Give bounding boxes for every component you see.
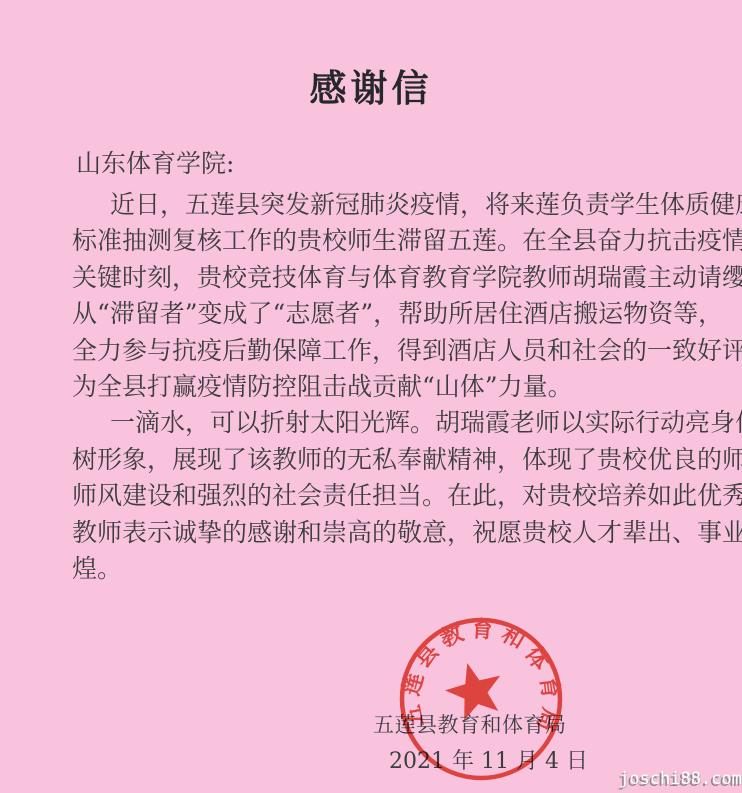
body-line: 近日，五莲县突发新冠肺炎疫情，将来莲负责学生体质健康 bbox=[72, 187, 678, 223]
body-line: 标准抽测复核工作的贵校师生滞留五莲。在全县奋力抗击疫情的 bbox=[72, 223, 678, 259]
letter-title: 感谢信 bbox=[0, 58, 742, 112]
body-line: 树形象，展现了该教师的无私奉献精神，体现了贵校优良的师德 bbox=[72, 442, 678, 478]
body-line: 从“滞留者”变成了“志愿者”，帮助所居住酒店搬运物资等， bbox=[72, 296, 678, 332]
body-line: 煌。 bbox=[72, 551, 678, 587]
body-line: 为全县打赢疫情防控阻击战贡献“山体”力量。 bbox=[72, 369, 678, 405]
signature-date: 2021 年 11 月 4 日 bbox=[389, 744, 588, 775]
letter-page: 感谢信 山东体育学院: 近日，五莲县突发新冠肺炎疫情，将来莲负责学生体质健康 标… bbox=[0, 0, 742, 793]
body-line: 一滴水，可以折射太阳光辉。胡瑞霞老师以实际行动亮身份、 bbox=[72, 405, 678, 441]
body-line: 师风建设和强烈的社会责任担当。在此，对贵校培养如此优秀的 bbox=[72, 478, 678, 514]
watermark: joschi88.com bbox=[619, 769, 742, 789]
salutation: 山东体育学院: bbox=[76, 146, 234, 182]
body-line: 关键时刻，贵校竞技体育与体育教育学院教师胡瑞霞主动请缨， bbox=[72, 260, 678, 296]
signature-org: 五莲县教育和体育局 bbox=[373, 709, 567, 739]
body-line: 全力参与抗疫后勤保障工作，得到酒店人员和社会的一致好评， bbox=[72, 333, 678, 369]
letter-body: 近日，五莲县突发新冠肺炎疫情，将来莲负责学生体质健康 标准抽测复核工作的贵校师生… bbox=[72, 187, 678, 587]
body-line: 教师表示诚挚的感谢和崇高的敬意，祝愿贵校人才辈出、事业辉 bbox=[72, 515, 678, 551]
